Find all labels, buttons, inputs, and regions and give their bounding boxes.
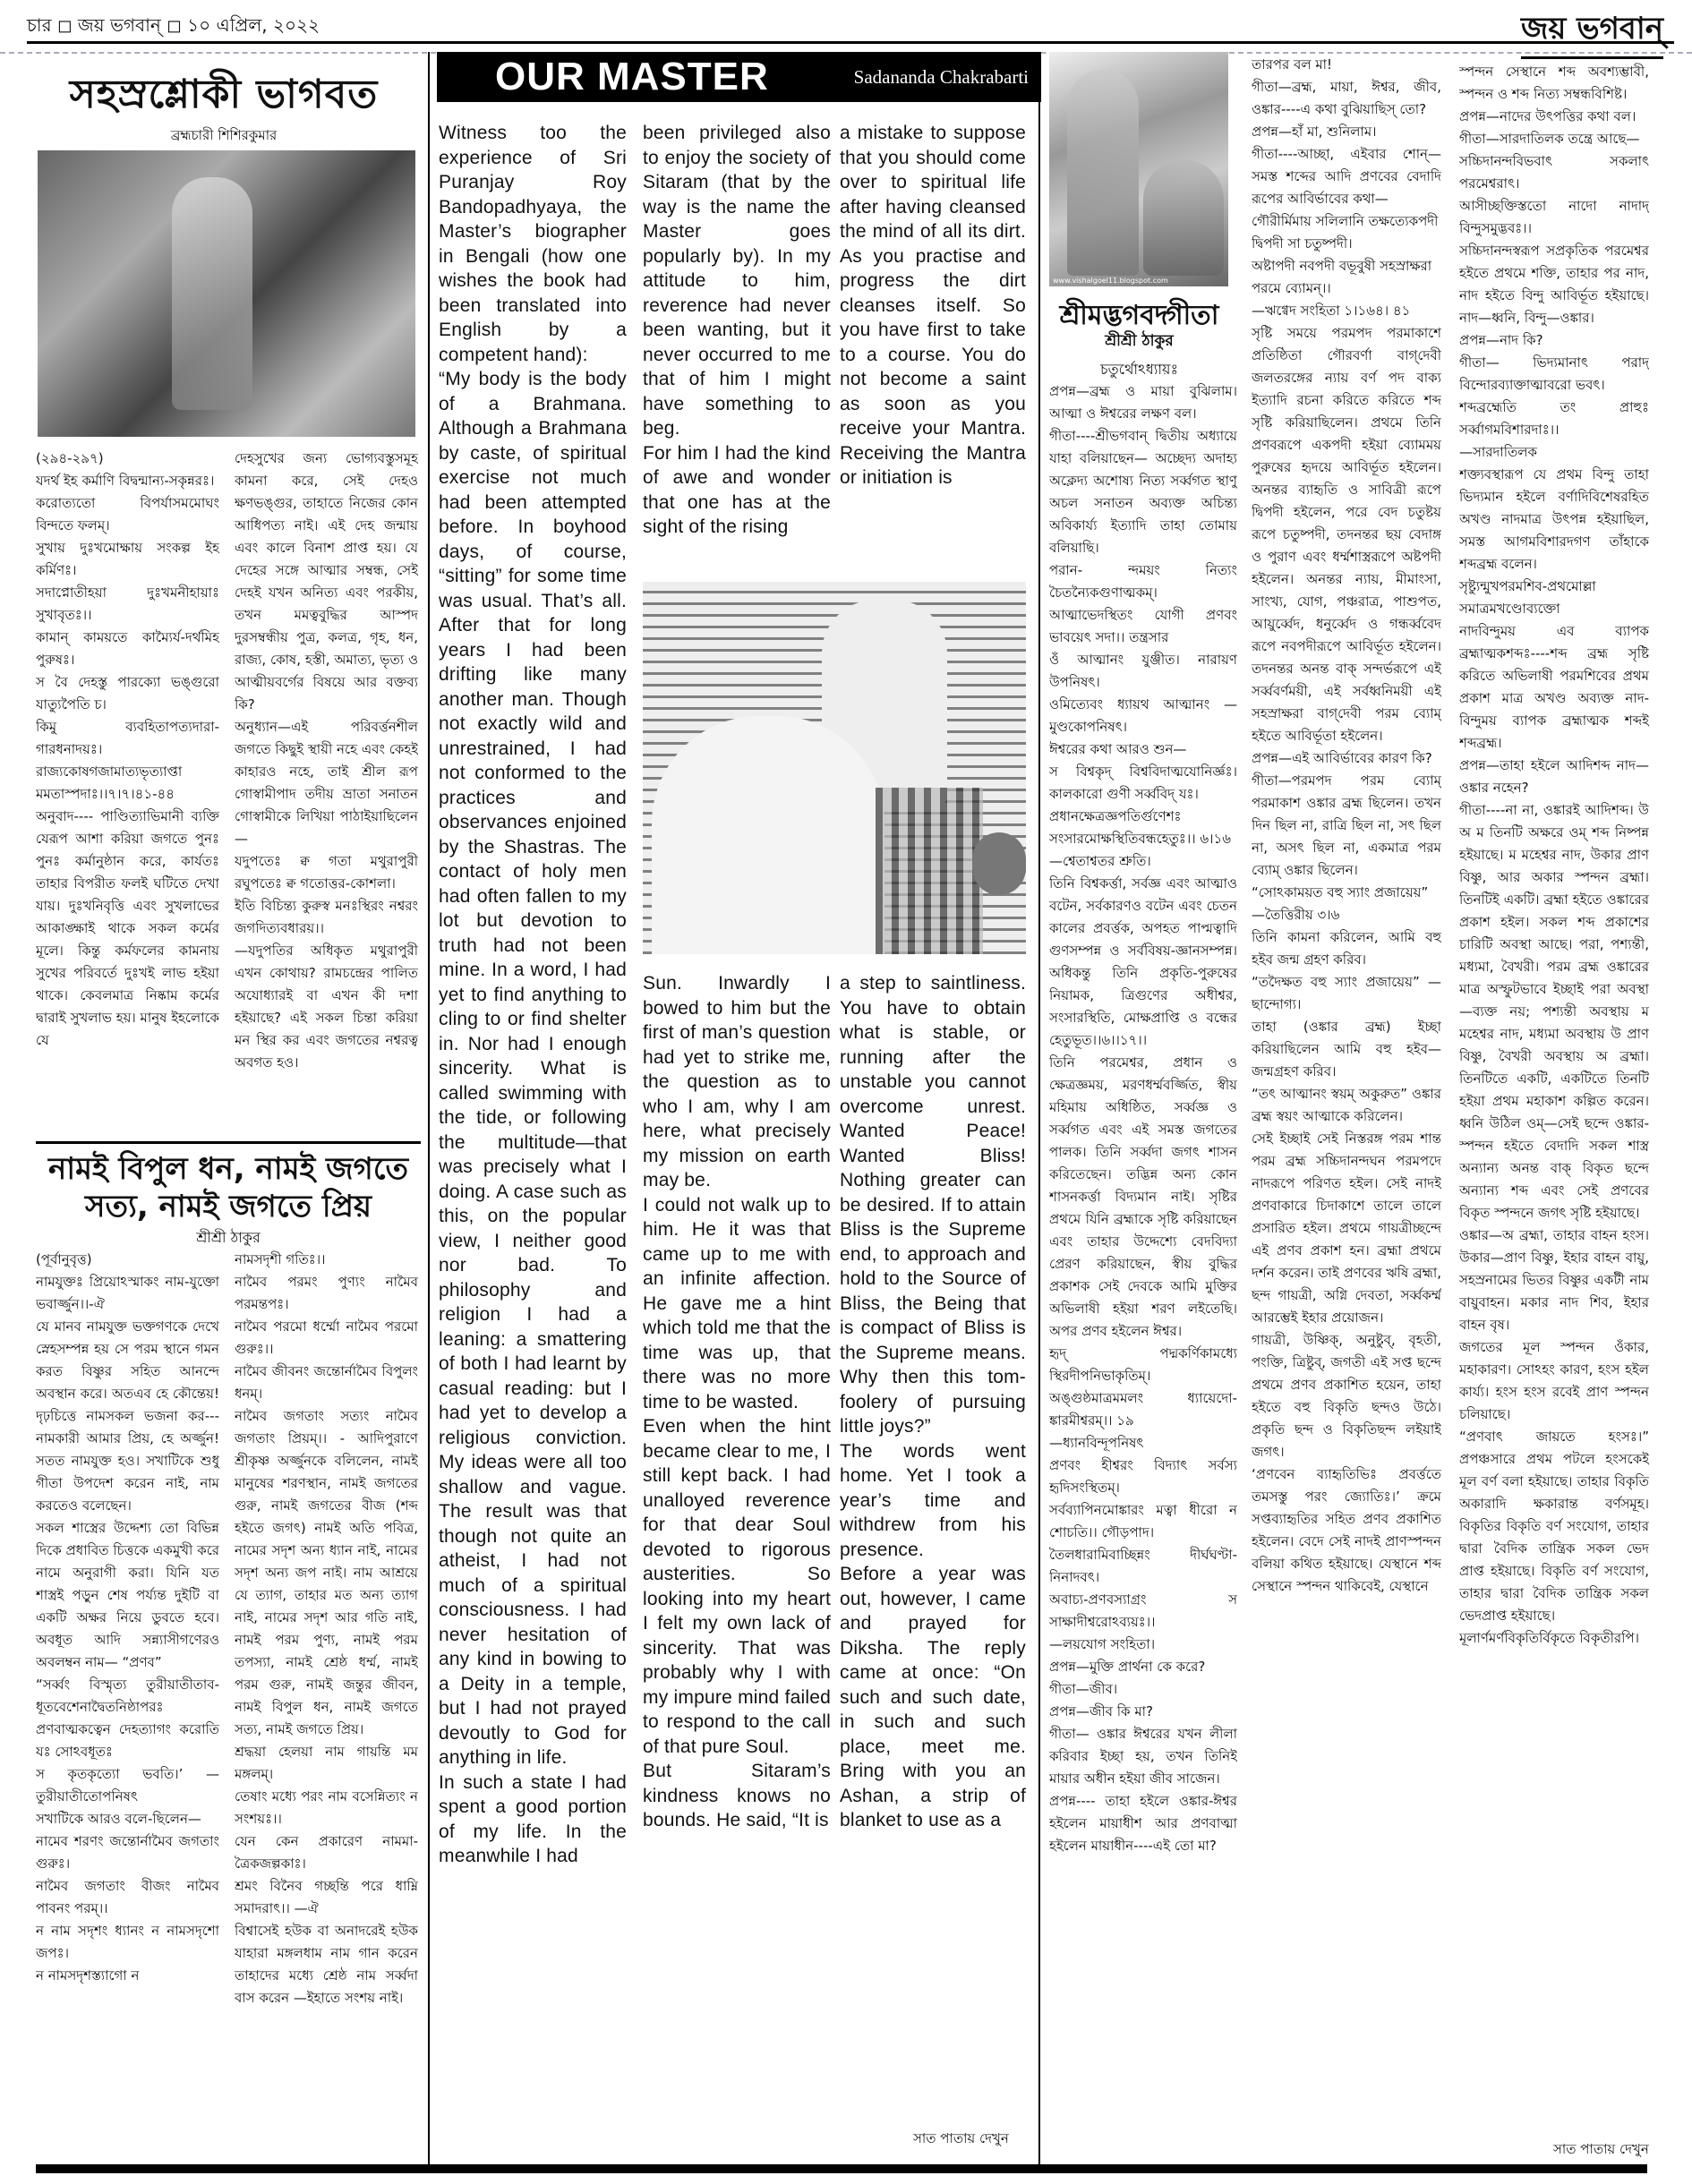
article-title: সহস্রশ্লোকী ভাগবত xyxy=(27,64,421,130)
gita-column-2: তারপর বল মা! গীতা—ব্রহ্ম, মায়া, ঈশ্বর, … xyxy=(1252,54,1441,2139)
our-master-column-2-top: been privileged also to enjoy the societ… xyxy=(643,121,831,577)
section-rule xyxy=(36,1141,421,1144)
our-master-column-3-top: a mistake to suppose that you should com… xyxy=(840,121,1026,515)
article1-column-1: (২৯৪-২৯৭) যদর্থ ইহ কর্মাণি বিদ্বন্মান্য-… xyxy=(36,448,219,1128)
article2-column-2: নামসদৃশী গতিঃ।। নামৈব পরমং পুণ্যং নামৈব … xyxy=(235,1249,418,2157)
krishna-cows-image xyxy=(38,150,415,437)
masthead-logo: জয় ভগবান্ xyxy=(1521,5,1663,59)
article1-column-2: দেহসুখের জন্য ভোগ্যবস্তুসমূহ কামনা করে, … xyxy=(235,448,418,1128)
article-title: নামই বিপুল ধন, নামই জগতে সত্য, নামই জগতে… xyxy=(36,1150,421,1225)
image-caption: www.vishalgoel11.blogspot.com xyxy=(1053,277,1168,285)
master-disciple-photo xyxy=(643,582,1026,954)
banner-title: OUR MASTER xyxy=(495,55,769,99)
banner-author: Sadananda Chakrabarti xyxy=(854,66,1029,89)
krishna-arjuna-image: www.vishalgoel11.blogspot.com xyxy=(1049,52,1228,286)
article-byline: ব্রহ্মচারী শিশিরকুমার xyxy=(27,125,421,148)
continued-link[interactable]: সাত পাতায় দেখুন xyxy=(913,2129,1009,2151)
continued-link[interactable]: সাত পাতায় দেখুন xyxy=(1553,2139,1649,2162)
gita-byline: শ্রীশ্রী ঠাকুর xyxy=(1038,329,1240,354)
gita-column-3: স্পন্দন সেস্থানে শব্দ অবশ্যম্ভাবী, স্পন্… xyxy=(1459,61,1649,2120)
footer-rule xyxy=(36,2164,1647,2173)
our-master-column-1: Witness too the experience of Sri Puranj… xyxy=(439,121,627,2135)
our-master-banner: OUR MASTER Sadananda Chakrabarti xyxy=(437,52,1041,102)
page-folio: চার ◻ জয় ভগবান্ ◻ ১০ এপ্রিল, ২০২২ xyxy=(27,13,320,42)
header-rule xyxy=(27,41,1674,44)
column-divider xyxy=(428,52,430,2164)
our-master-column-3-bottom: a step to saintliness. You have to obtai… xyxy=(840,971,1026,2090)
article2-column-1: (পূর্বানুবৃত্ত) নামযুক্তঃ প্রিয়োঽস্মাকং… xyxy=(36,1249,219,2157)
gita-column-1: প্রপন্ন—ব্রহ্ম ও মায়া বুঝিলাম। আত্মা ও … xyxy=(1049,380,1237,2157)
gita-chapter: চতুর্থোঽধ্যায়ঃ xyxy=(1038,358,1240,382)
article-byline: শ্রীশ্রী ঠাকুর xyxy=(36,1226,421,1250)
our-master-column-2-bottom: Sun. Inwardly I bowed to him but the fir… xyxy=(643,971,831,2135)
